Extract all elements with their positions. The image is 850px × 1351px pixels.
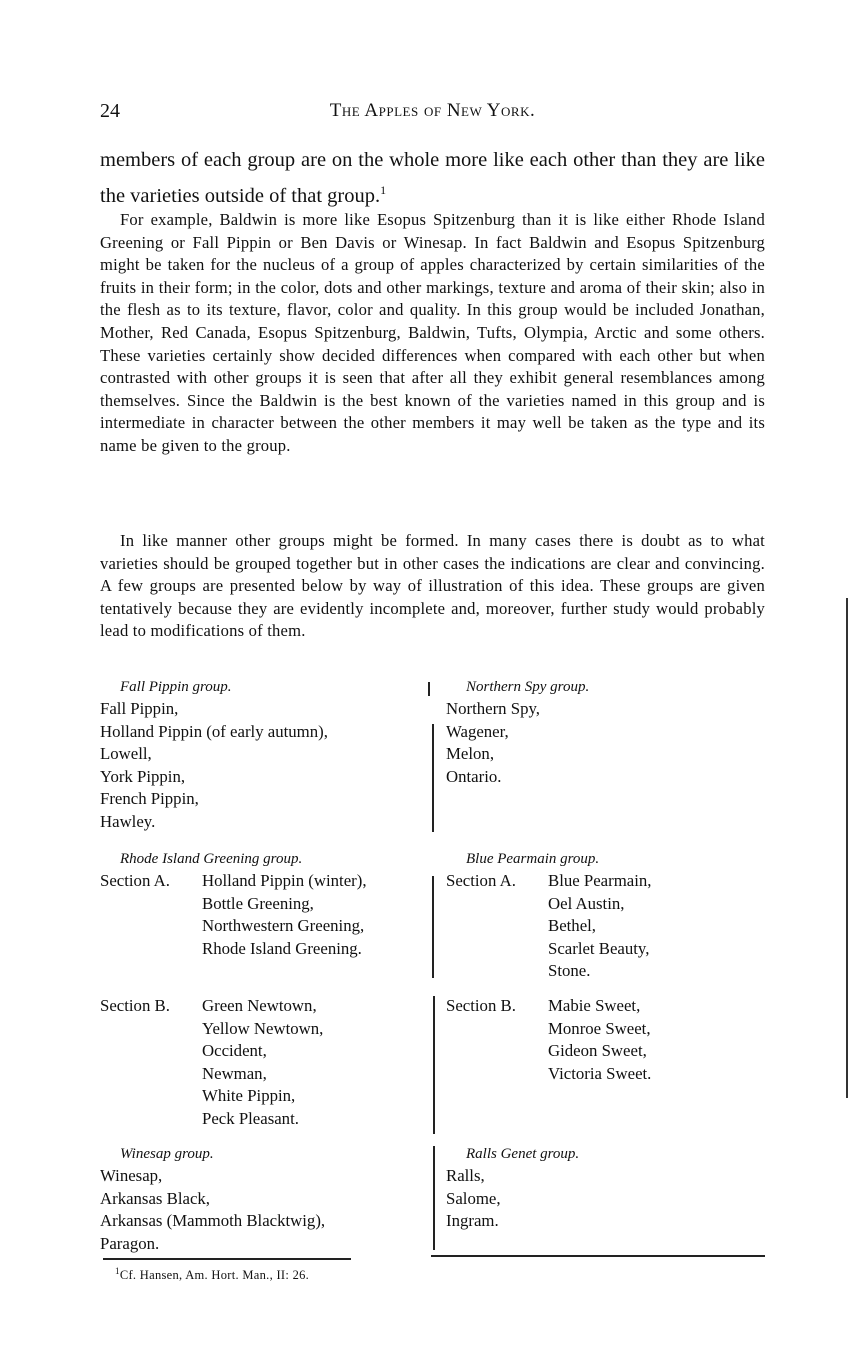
variety-item: Yellow Newtown, — [202, 1018, 430, 1041]
variety-item: Ralls, — [446, 1165, 765, 1188]
variety-item: Melon, — [446, 743, 765, 766]
variety-item: Newman, — [202, 1063, 430, 1086]
section-label: Section B. — [100, 995, 202, 1130]
footnote-text: Cf. Hansen, Am. Hort. Man., II: 26. — [120, 1268, 309, 1282]
variety-item: Holland Pippin (of early autumn), — [100, 721, 430, 744]
variety-item: Rhode Island Greening. — [202, 938, 430, 961]
book-page: 24 The Apples of New York. members of ea… — [0, 0, 850, 1351]
variety-item: Occident, — [202, 1040, 430, 1063]
variety-item: Holland Pippin (winter), — [202, 870, 430, 893]
section-label: Section A. — [100, 870, 202, 960]
variety-item: Northwestern Greening, — [202, 915, 430, 938]
page-header: 24 The Apples of New York. — [100, 100, 765, 130]
section-b: Section B. Green Newtown, Yellow Newtown… — [100, 995, 430, 1130]
variety-item: Arkansas Black, — [100, 1188, 430, 1211]
group-ralls-genet: Ralls Genet group. Ralls, Salome, Ingram… — [446, 1143, 765, 1233]
group-rhode-island-greening: Rhode Island Greening group. Section A. … — [100, 848, 430, 960]
variety-item: French Pippin, — [100, 788, 430, 811]
variety-item: Oel Austin, — [548, 893, 765, 916]
group-title: Fall Pippin group. — [100, 676, 430, 698]
column-divider — [432, 724, 434, 832]
footnote-reference: 1 — [380, 183, 386, 197]
section-label: Section A. — [446, 870, 548, 983]
lead-sentence: members of each group are on the whole m… — [100, 149, 765, 207]
footnote-rule — [103, 1258, 351, 1260]
variety-item: Bottle Greening, — [202, 893, 430, 916]
table-bottom-rule — [431, 1255, 765, 1257]
variety-item: Blue Pearmain, — [548, 870, 765, 893]
group-blue-pearmain: Blue Pearmain group. Section A. Blue Pea… — [446, 848, 765, 983]
running-title: The Apples of New York. — [100, 100, 765, 122]
lead-text: members of each group are on the whole m… — [100, 145, 765, 211]
variety-item: Salome, — [446, 1188, 765, 1211]
variety-item: White Pippin, — [202, 1085, 430, 1108]
variety-item: Ingram. — [446, 1210, 765, 1233]
variety-item: Northern Spy, — [446, 698, 765, 721]
group-fall-pippin: Fall Pippin group. Fall Pippin, Holland … — [100, 676, 430, 833]
paragraph-baldwin-example: For example, Baldwin is more like Esopus… — [100, 209, 765, 458]
variety-item: Monroe Sweet, — [548, 1018, 765, 1041]
group-northern-spy: Northern Spy group. Northern Spy, Wagene… — [446, 676, 765, 788]
variety-item: Hawley. — [100, 811, 430, 834]
blue-pearmain-section-b: Section B. Mabie Sweet, Monroe Sweet, Gi… — [446, 995, 765, 1085]
footnote: 1Cf. Hansen, Am. Hort. Man., II: 26. — [115, 1266, 309, 1283]
variety-item: Fall Pippin, — [100, 698, 430, 721]
group-title: Winesap group. — [100, 1143, 430, 1165]
group-title: Northern Spy group. — [446, 676, 765, 698]
section-a: Section A. Holland Pippin (winter), Bott… — [100, 870, 430, 960]
variety-item: Ontario. — [446, 766, 765, 789]
section-label: Section B. — [446, 995, 548, 1085]
variety-item: Green Newtown, — [202, 995, 430, 1018]
page-edge-mark — [846, 598, 848, 1098]
variety-item: Wagener, — [446, 721, 765, 744]
variety-item: Arkansas (Mammoth Blacktwig), — [100, 1210, 430, 1233]
variety-item: Peck Pleasant. — [202, 1108, 430, 1131]
group-winesap: Winesap group. Winesap, Arkansas Black, … — [100, 1143, 430, 1255]
column-divider — [433, 1146, 435, 1250]
variety-item: Lowell, — [100, 743, 430, 766]
column-divider — [433, 996, 435, 1134]
column-divider — [428, 682, 430, 696]
variety-item: Stone. — [548, 960, 765, 983]
section-b: Section B. Mabie Sweet, Monroe Sweet, Gi… — [446, 995, 765, 1085]
rhode-island-greening-section-b: Section B. Green Newtown, Yellow Newtown… — [100, 995, 430, 1130]
group-title: Ralls Genet group. — [446, 1143, 765, 1165]
variety-item: Victoria Sweet. — [548, 1063, 765, 1086]
paragraph-other-groups: In like manner other groups might be for… — [100, 530, 765, 643]
variety-item: Winesap, — [100, 1165, 430, 1188]
group-title: Blue Pearmain group. — [446, 848, 765, 870]
variety-item: Mabie Sweet, — [548, 995, 765, 1018]
variety-item: Bethel, — [548, 915, 765, 938]
variety-item: Gideon Sweet, — [548, 1040, 765, 1063]
variety-item: York Pippin, — [100, 766, 430, 789]
variety-item: Scarlet Beauty, — [548, 938, 765, 961]
section-a: Section A. Blue Pearmain, Oel Austin, Be… — [446, 870, 765, 983]
column-divider — [432, 876, 434, 978]
group-title: Rhode Island Greening group. — [100, 848, 430, 870]
variety-item: Paragon. — [100, 1233, 430, 1256]
